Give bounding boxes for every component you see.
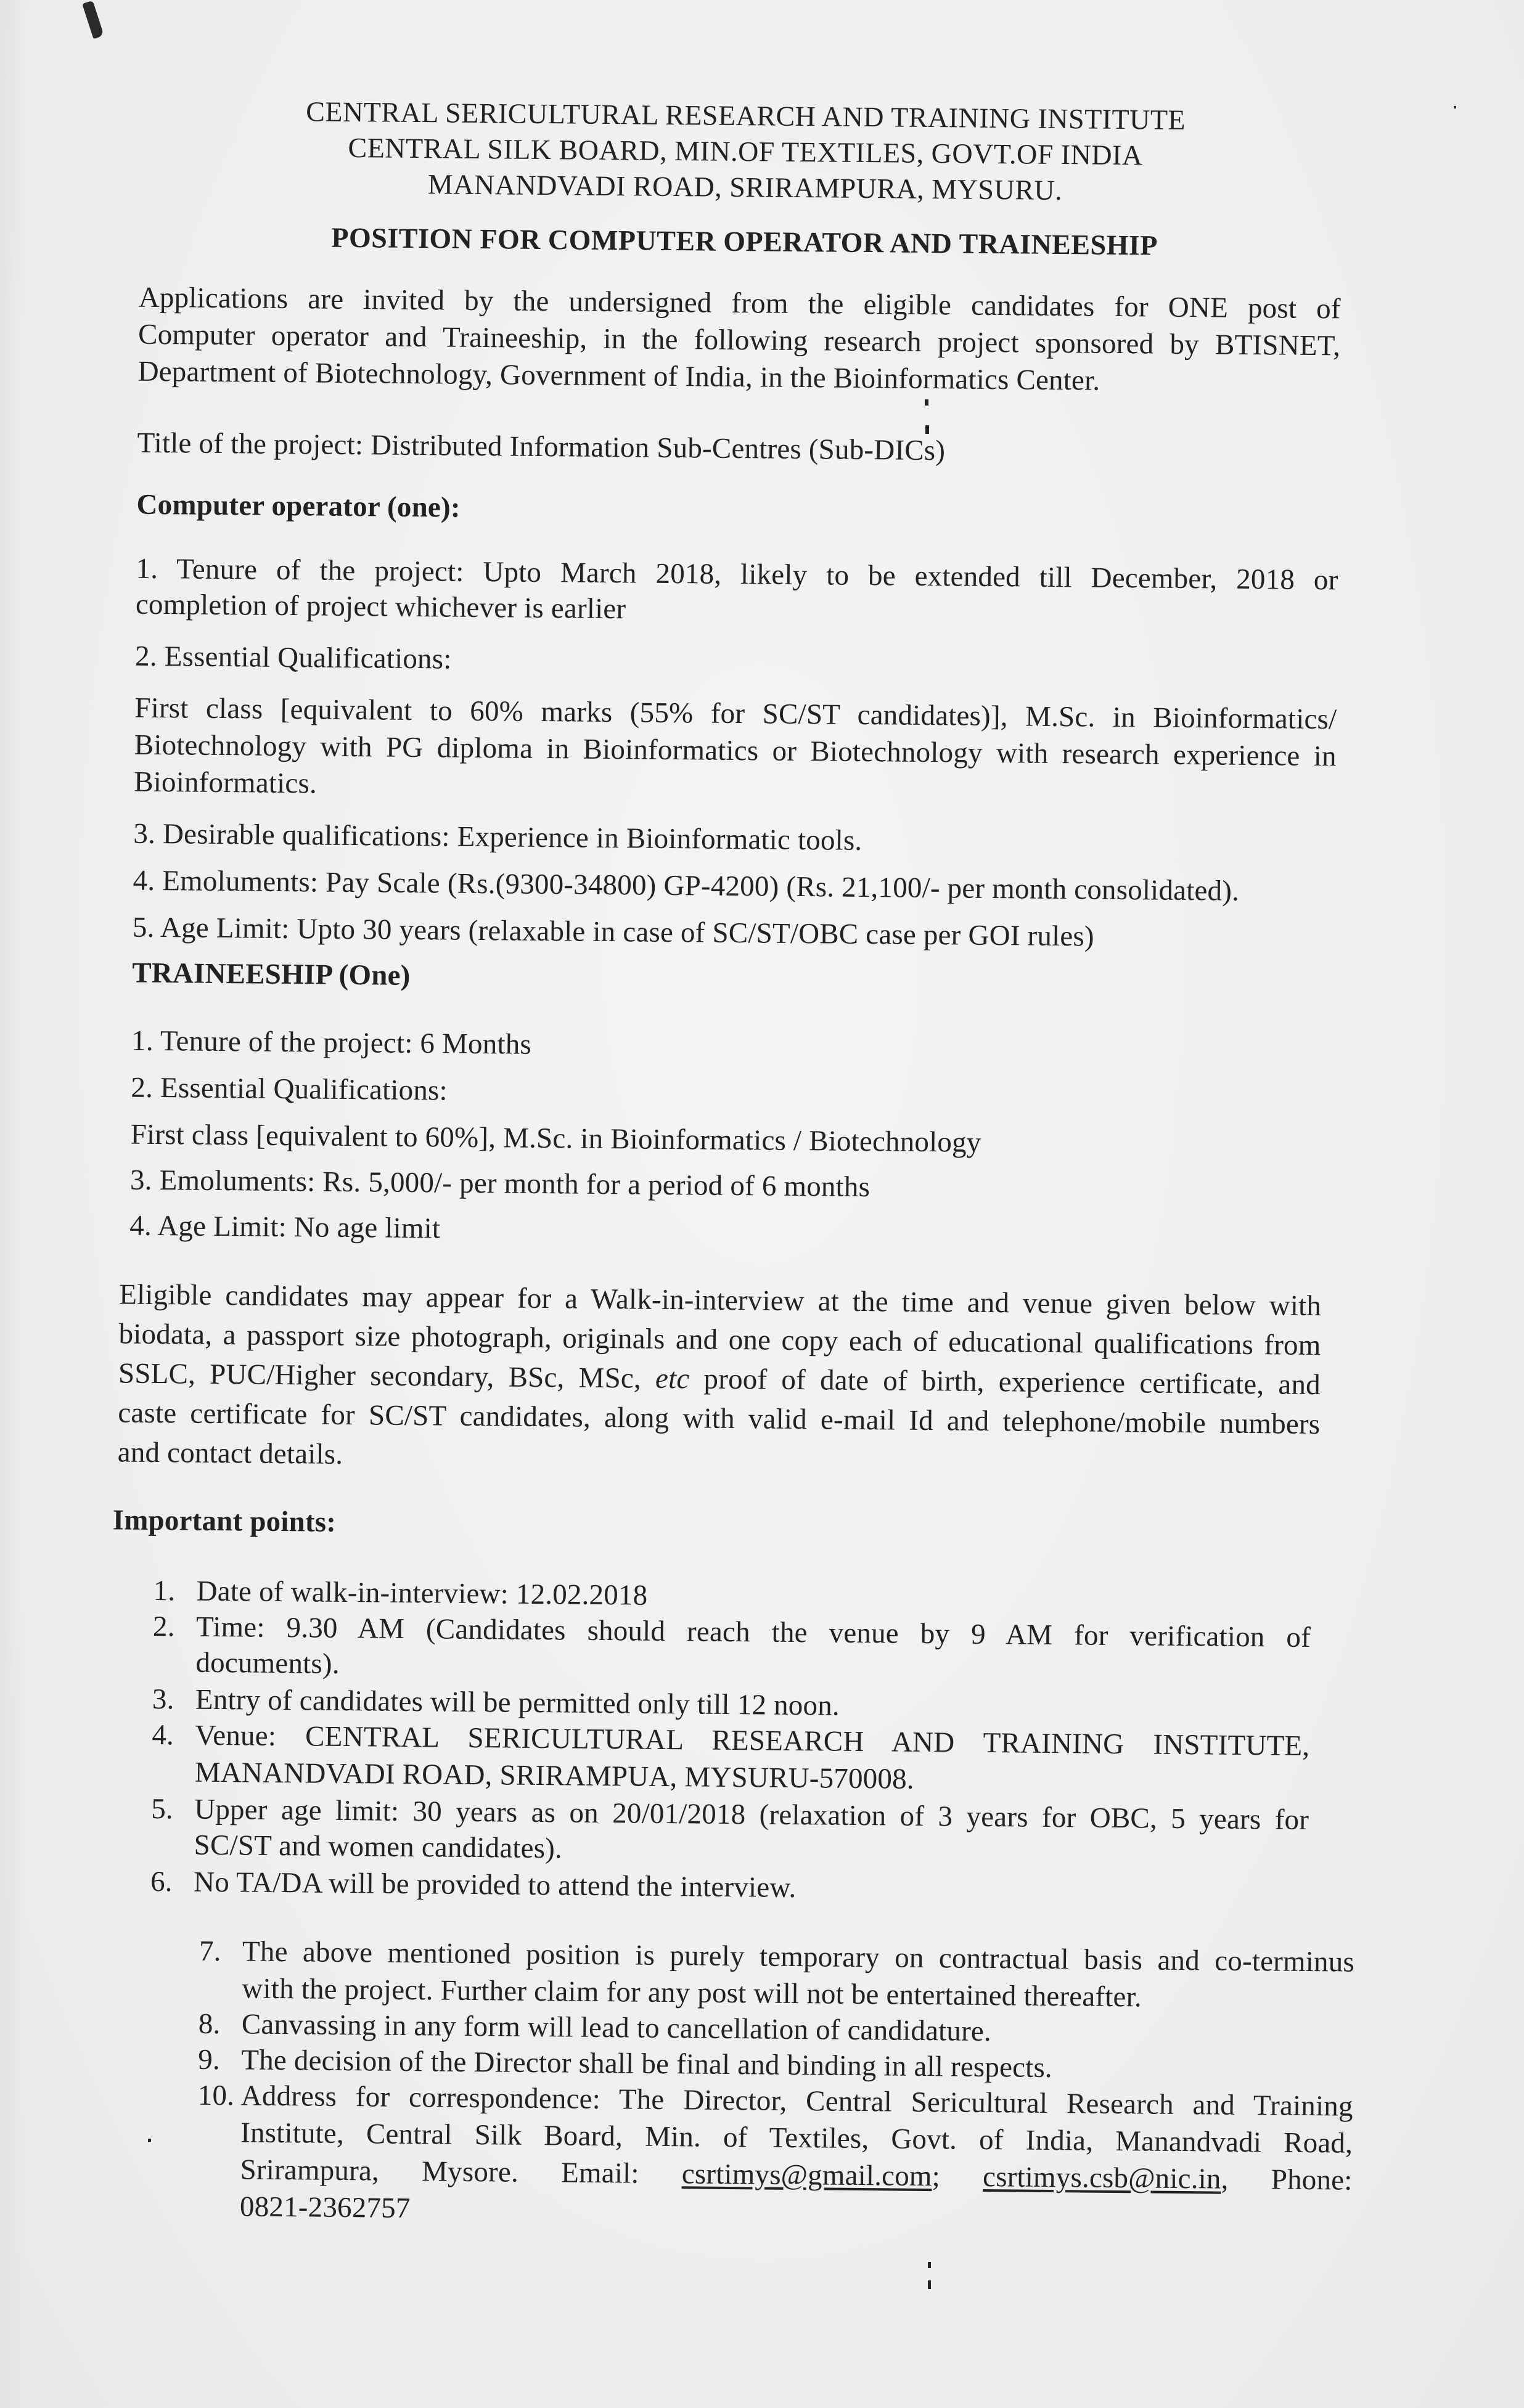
scanned-page: CENTRAL SERICULTURAL RESEARCH AND TRAINI… (0, 0, 1524, 2408)
point-1: 1.Date of walk-in-interview: 12.02.2018 (153, 1573, 647, 1613)
co-tenure-line-2: completion of project whichever is earli… (136, 587, 626, 627)
tr-tenure: 1. Tenure of the project: 6 Months (131, 1024, 531, 1062)
scan-speck (928, 2280, 931, 2289)
walkin-etc: etc (655, 1363, 690, 1395)
walkin-line-1: Eligible candidates may appear for a Wal… (119, 1277, 1321, 1323)
co-essential-label: 2. Essential Qualifications: (135, 639, 452, 677)
co-desirable: 3. Desirable qualifications: Experience … (133, 817, 862, 858)
important-heading: Important points: (112, 1503, 336, 1539)
page-title: POSITION FOR COMPUTER OPERATOR AND TRAIN… (0, 217, 1491, 266)
point-6: 6.No TA/DA will be provided to attend th… (150, 1864, 797, 1905)
scan-speck (925, 399, 928, 406)
point-2-cont: documents). (195, 1646, 340, 1681)
email-link-gmail[interactable]: csrtimys@gmail.com (682, 2158, 932, 2192)
tr-essential: First class [equivalent to 60%], M.Sc. i… (130, 1117, 981, 1160)
scan-speck (1454, 106, 1456, 108)
project-title: Title of the project: Distributed Inform… (137, 426, 945, 468)
walkin-line-3: SSLC, PUC/Higher secondary, BSc, MSc, et… (118, 1356, 1321, 1402)
co-age-limit: 5. Age Limit: Upto 30 years (relaxable i… (133, 910, 1094, 954)
tr-emoluments: 3. Emoluments: Rs. 5,000/- per month for… (130, 1163, 871, 1205)
point-3: 3.Entry of candidates will be permitted … (152, 1682, 840, 1723)
tr-age-limit: 4. Age Limit: No age limit (129, 1209, 440, 1246)
scan-speck (925, 425, 929, 434)
co-emoluments: 4. Emoluments: Pay Scale (Rs.(9300-34800… (133, 863, 1239, 908)
point-5-cont: SC/ST and women candidates). (194, 1828, 562, 1866)
intro-line-3: Department of Biotechnology, Government … (137, 354, 1100, 398)
email-link-nic[interactable]: csrtimys.csb@nic.in (983, 2161, 1221, 2195)
scan-speck (928, 2262, 931, 2268)
scan-artifact-mark (82, 1, 104, 39)
point-9: 9.The decision of the Director shall be … (198, 2043, 1052, 2085)
tr-essential-label: 2. Essential Qualifications: (131, 1071, 448, 1108)
phone-number: 0821-2362757 (240, 2189, 411, 2226)
walkin-line-3a: SSLC, PUC/Higher secondary, BSc, MSc, (118, 1357, 641, 1394)
scan-speck (148, 2139, 151, 2142)
scan-shadow (0, 0, 25, 2408)
point-8: 8.Canvassing in any form will lead to ca… (199, 2007, 992, 2049)
co-essential-line-3: Bioinformatics. (134, 765, 317, 801)
computer-operator-heading: Computer operator (one): (136, 488, 461, 525)
traineeship-heading: TRAINEESHIP (One) (132, 956, 411, 993)
document-content: CENTRAL SERICULTURAL RESEARCH AND TRAINI… (1, 0, 1524, 7)
point-4-cont: MANANDVADI ROAD, SRIRAMPUA, MYSURU-57000… (195, 1755, 914, 1797)
walkin-line-3b: proof of date of birth, experience certi… (703, 1363, 1321, 1402)
walkin-line-5: and contact details. (118, 1435, 343, 1472)
walkin-line-2: biodata, a passport size photograph, ori… (118, 1316, 1321, 1363)
walkin-line-4: caste certificate for SC/ST candidates, … (118, 1395, 1320, 1442)
